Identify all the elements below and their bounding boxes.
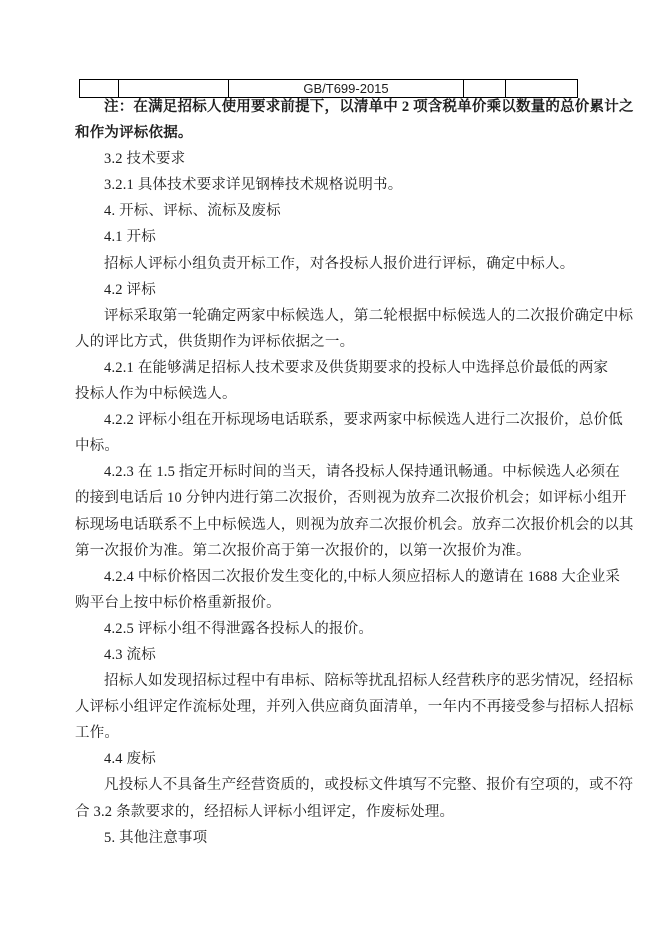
text-line: 招标人评标小组负责开标工作，对各投标人报价进行评标，确定中标人。 [75, 251, 589, 277]
paragraph-sec-4-2-5: 4.2.5 评标小组不得泄露各投标人的报价。 [75, 616, 589, 642]
text-line: 4.2 评标 [75, 277, 589, 303]
text-line: 招标人如发现招标过程中有串标、陪标等扰乱招标人经营秩序的恶劣情况，经招标 [75, 668, 589, 694]
paragraph-sec-5: 5. 其他注意事项 [75, 825, 589, 851]
text-line: 4.2.3 在 1.5 指定开标时间的当天，请各投标人保持通讯畅通。中标候选人必… [75, 459, 589, 485]
text-line: 5. 其他注意事项 [75, 825, 589, 851]
text-line: 4.2.2 评标小组在开标现场电话联系，要求两家中标候选人进行二次报价，总价低 [75, 407, 589, 433]
text-line: 投标人作为中标候选人。 [75, 381, 589, 407]
text-line: 3.2.1 具体技术要求详见钢棒技术规格说明书。 [75, 172, 589, 198]
text-line: 3.2 技术要求 [75, 146, 589, 172]
paragraph-sec-3-2: 3.2 技术要求 [75, 146, 589, 172]
text-line: 购平台上按中标价格重新报价。 [75, 590, 589, 616]
paragraph-note: 注：在满足招标人使用要求前提下，以清单中 2 项含税单价乘以数量的总价累计之和作… [75, 94, 589, 146]
paragraph-sec-4-1-body: 招标人评标小组负责开标工作，对各投标人报价进行评标，确定中标人。 [75, 251, 589, 277]
text-line: 标现场电话联系不上中标候选人，则视为放弃二次报价机会。放弃二次报价机会的以其 [75, 512, 589, 538]
paragraph-sec-4-3-body: 招标人如发现招标过程中有串标、陪标等扰乱招标人经营秩序的恶劣情况，经招标人评标小… [75, 668, 589, 746]
paragraph-sec-4-2-1: 4.2.1 在能够满足招标人技术要求及供货期要求的投标人中选择总价最低的两家投标… [75, 355, 589, 407]
text-line: 工作。 [75, 720, 589, 746]
text-line: 4.3 流标 [75, 642, 589, 668]
paragraph-sec-4-4: 4.4 废标 [75, 746, 589, 772]
paragraph-sec-3-2-1: 3.2.1 具体技术要求详见钢棒技术规格说明书。 [75, 172, 589, 198]
text-line: 4.2.4 中标价格因二次报价发生变化的,中标人须应招标人的邀请在 1688 大… [75, 564, 589, 590]
paragraph-sec-4-2-2: 4.2.2 评标小组在开标现场电话联系，要求两家中标候选人进行二次报价，总价低中… [75, 407, 589, 459]
text-line: 人评标小组评定作流标处理，并列入供应商负面清单，一年内不再接受参与招标人招标 [75, 694, 589, 720]
text-line: 人的评比方式，供货期作为评标依据之一。 [75, 329, 589, 355]
text-line: 4.2.1 在能够满足招标人技术要求及供货期要求的投标人中选择总价最低的两家 [75, 355, 589, 381]
text-line: 4.2.5 评标小组不得泄露各投标人的报价。 [75, 616, 589, 642]
text-line: 合 3.2 条款要求的，经招标人评标小组评定，作废标处理。 [75, 799, 589, 825]
paragraph-sec-4-1: 4.1 开标 [75, 224, 589, 250]
paragraph-sec-4: 4. 开标、评标、流标及废标 [75, 198, 589, 224]
text-line: 第一次报价为准。第二次报价高于第一次报价的，以第一次报价为准。 [75, 538, 589, 564]
text-line: 评标采取第一轮确定两家中标候选人，第二轮根据中标候选人的二次报价确定中标 [75, 303, 589, 329]
paragraph-sec-4-3: 4.3 流标 [75, 642, 589, 668]
text-line: 和作为评标依据。 [75, 120, 589, 146]
paragraph-sec-4-2-4: 4.2.4 中标价格因二次报价发生变化的,中标人须应招标人的邀请在 1688 大… [75, 564, 589, 616]
paragraph-sec-4-4-body: 凡投标人不具备生产经营资质的，或投标文件填写不完整、报价有空项的，或不符合 3.… [75, 772, 589, 824]
text-line: 注：在满足招标人使用要求前提下，以清单中 2 项含税单价乘以数量的总价累计之 [75, 94, 589, 120]
text-line: 4.1 开标 [75, 224, 589, 250]
text-line: 4.4 废标 [75, 746, 589, 772]
document-body: 注：在满足招标人使用要求前提下，以清单中 2 项含税单价乘以数量的总价累计之和作… [75, 94, 589, 851]
paragraph-sec-4-2: 4.2 评标 [75, 277, 589, 303]
paragraph-sec-4-2-body: 评标采取第一轮确定两家中标候选人，第二轮根据中标候选人的二次报价确定中标人的评比… [75, 303, 589, 355]
document-page: GB/T699-2015 注：在满足招标人使用要求前提下，以清单中 2 项含税单… [0, 0, 662, 936]
text-line: 凡投标人不具备生产经营资质的，或投标文件填写不完整、报价有空项的，或不符 [75, 772, 589, 798]
text-line: 的接到电话后 10 分钟内进行第二次报价，否则视为放弃二次报价机会；如评标小组开 [75, 485, 589, 511]
paragraph-sec-4-2-3: 4.2.3 在 1.5 指定开标时间的当天，请各投标人保持通讯畅通。中标候选人必… [75, 459, 589, 563]
text-line: 中标。 [75, 433, 589, 459]
text-line: 4. 开标、评标、流标及废标 [75, 198, 589, 224]
